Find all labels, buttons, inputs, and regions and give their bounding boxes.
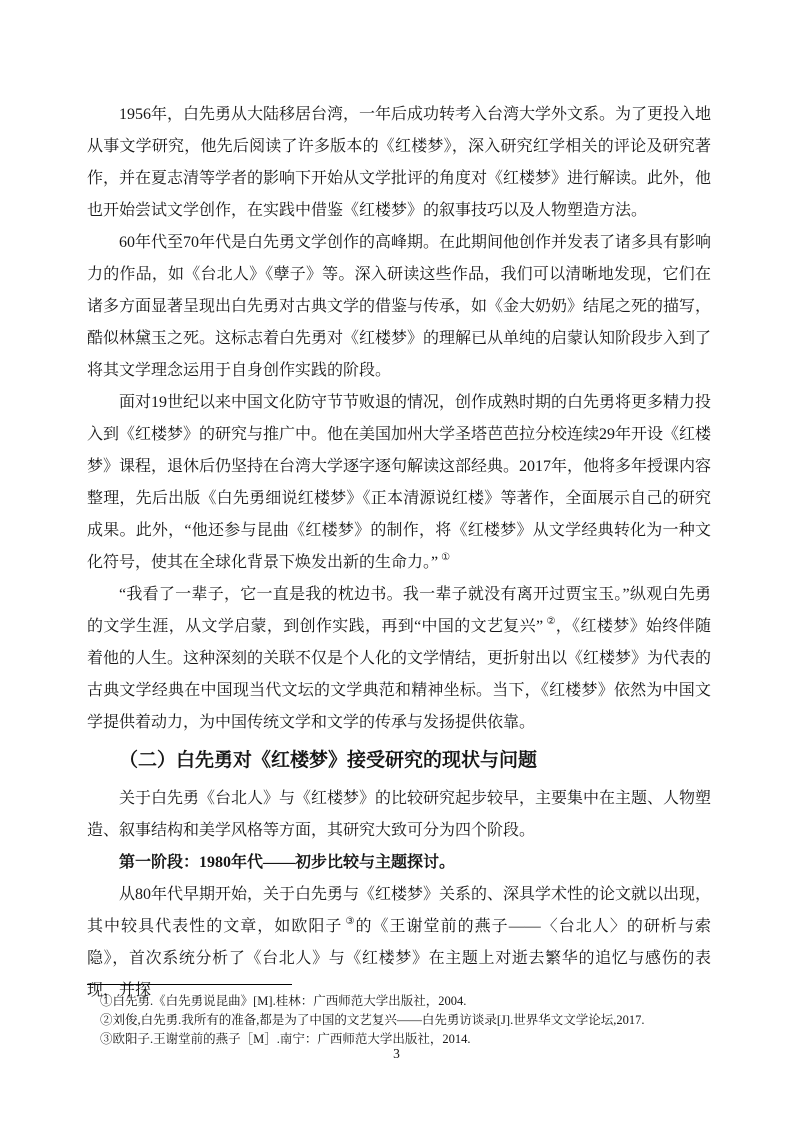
footnote-ref-icon: ③: [345, 916, 355, 927]
footnote-area: ①白先勇.《白先勇说昆曲》[M].桂林：广西师范大学出版社，2004.②刘俊,白…: [87, 984, 711, 1049]
section-heading: （二）白先勇对《红楼梦》接受研究的现状与问题: [87, 746, 711, 776]
paragraph-2: 60年代至70年代是白先勇文学创作的高峰期。在此期间他创作并发表了诸多具有影响力…: [87, 227, 711, 387]
footnote-ref-icon: ①: [441, 552, 450, 563]
paragraph-3: 面对19世纪以来中国文化防守节节败退的情况，创作成熟时期的白先勇将更多精力投入到…: [87, 387, 711, 579]
paragraph-1: 1956年，白先勇从大陆移居台湾，一年后成功转考入台湾大学外文系。为了更投入地从…: [87, 99, 711, 227]
text-run: 60年代至70年代是白先勇文学创作的高峰期。在此期间他创作并发表了诸多具有影响力…: [87, 234, 711, 379]
document-page: 1956年，白先勇从大陆移居台湾，一年后成功转考入台湾大学外文系。为了更投入地从…: [0, 0, 793, 1122]
text-run: 1956年，白先勇从大陆移居台湾，一年后成功转考入台湾大学外文系。为了更投入地从…: [87, 106, 711, 219]
text-run: 面对19世纪以来中国文化防守节节败退的情况，创作成熟时期的白先勇将更多精力投入到…: [87, 394, 711, 571]
paragraph-5: 关于白先勇《台北人》与《红楼梦》的比较研究起步较早，主要集中在主题、人物塑造、叙…: [87, 783, 711, 847]
text-run: 第一阶段：1980年代——初步比较与主题探讨。: [119, 854, 455, 871]
footnote-1: ①白先勇.《白先勇说昆曲》[M].桂林：广西师范大学出版社，2004.: [87, 992, 711, 1011]
footnote-ref-icon: ②: [546, 616, 556, 627]
text-run: 关于白先勇《台北人》与《红楼梦》的比较研究起步较早，主要集中在主题、人物塑造、叙…: [87, 790, 711, 839]
footnote-2: ②刘俊,白先勇.我所有的准备,都是为了中国的文艺复兴——白先勇访谈录[J].世界…: [87, 1011, 711, 1030]
page-number: 3: [0, 1045, 793, 1063]
footnote-separator: [87, 984, 292, 985]
stage-heading: 第一阶段：1980年代——初步比较与主题探讨。: [87, 847, 711, 879]
document-body: 1956年，白先勇从大陆移居台湾，一年后成功转考入台湾大学外文系。为了更投入地从…: [87, 99, 711, 1007]
paragraph-4: “我看了一辈子，它一直是我的枕边书。我一辈子就没有离开过贾宝玉。”纵观白先勇的文…: [87, 579, 711, 739]
text-run: （二）白先勇对《红楼梦》接受研究的现状与问题: [119, 750, 537, 771]
